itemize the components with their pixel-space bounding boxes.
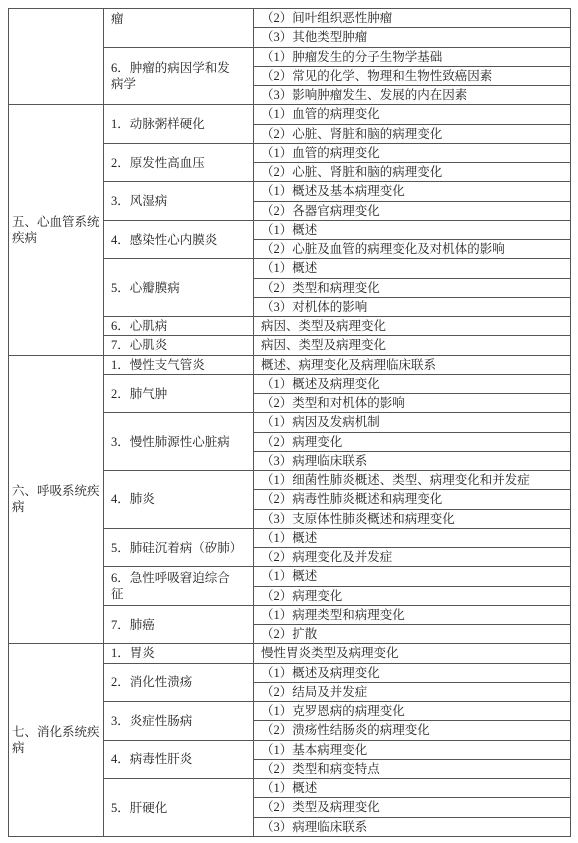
topic-cell: 3．风湿病: [104, 182, 254, 221]
item-cell: （1）细菌性肺炎概述、类型、病理变化和并发症: [254, 471, 571, 490]
syllabus-table: 瘤（2）间叶组织恶性肿瘤（3）其他类型肿瘤6．肿瘤的病因学和发病学（1）肿瘤发生…: [8, 8, 571, 837]
item-cell: 病因、类型及病理变化: [254, 317, 571, 336]
topic-cell: 4．肺炎: [104, 471, 254, 529]
topic-cell: 5．肺硅沉着病（矽肺）: [104, 528, 254, 567]
item-cell: （3）对机体的影响: [254, 297, 571, 316]
topic-cell: 7．肺癌: [104, 605, 254, 644]
table-row: 七、消化系统疾病1．胃炎慢性胃炎类型及病理变化: [9, 644, 571, 663]
topic-cell: 6．急性呼吸窘迫综合征: [104, 567, 254, 606]
item-cell: （2）类型和病变特点: [254, 759, 571, 778]
table-row: 瘤（2）间叶组织恶性肿瘤: [9, 9, 571, 28]
topic-cell: 1．动脉粥样硬化: [104, 105, 254, 144]
item-cell: （3）病理临床联系: [254, 817, 571, 837]
topic-cell: 6．心肌病: [104, 317, 254, 336]
item-cell: 概述、病理变化及病理临床联系: [254, 355, 571, 374]
item-cell: （1）概述: [254, 528, 571, 547]
item-cell: （1）概述: [254, 779, 571, 798]
section-label-cell: 七、消化系统疾病: [9, 644, 104, 837]
topic-cell: 7．心肌炎: [104, 336, 254, 355]
item-cell: （2）常见的化学、物理和生物性致癌因素: [254, 66, 571, 85]
item-cell: （3）支原体性肺炎概述和病理变化: [254, 509, 571, 528]
item-cell: （1）基本病理变化: [254, 740, 571, 759]
item-cell: （1）病因及发病机制: [254, 413, 571, 432]
item-cell: （2）心脏及血管的病理变化及对机体的影响: [254, 240, 571, 259]
item-cell: （3）病理临床联系: [254, 451, 571, 470]
item-cell: （2）各器官病理变化: [254, 201, 571, 220]
table-row: 六、呼吸系统疾病1．慢性支气管炎概述、病理变化及病理临床联系: [9, 355, 571, 374]
topic-cell: 3．慢性肺源性心脏病: [104, 413, 254, 471]
item-cell: 慢性胃炎类型及病理变化: [254, 644, 571, 663]
item-cell: （1）概述及病理变化: [254, 663, 571, 682]
syllabus-table-body: 瘤（2）间叶组织恶性肿瘤（3）其他类型肿瘤6．肿瘤的病因学和发病学（1）肿瘤发生…: [9, 9, 571, 837]
topic-cell: 4．感染性心内膜炎: [104, 220, 254, 259]
topic-cell: 2．肺气肿: [104, 374, 254, 413]
topic-cell: 5．心瓣膜病: [104, 259, 254, 317]
item-cell: （2）类型及病理变化: [254, 798, 571, 817]
item-cell: （1）血管的病理变化: [254, 105, 571, 124]
item-cell: （2）间叶组织恶性肿瘤: [254, 9, 571, 28]
item-cell: （1）血管的病理变化: [254, 143, 571, 162]
item-cell: （1）概述: [254, 259, 571, 278]
item-cell: （2）溃疡性结肠炎的病理变化: [254, 721, 571, 740]
item-cell: （3）其他类型肿瘤: [254, 28, 571, 47]
item-cell: （3）影响肿瘤发生、发展的内在因素: [254, 86, 571, 105]
document-page: 瘤（2）间叶组织恶性肿瘤（3）其他类型肿瘤6．肿瘤的病因学和发病学（1）肿瘤发生…: [0, 0, 578, 843]
table-row: 五、心血管系统疾病1．动脉粥样硬化（1）血管的病理变化: [9, 105, 571, 124]
item-cell: （1）概述及病理变化: [254, 374, 571, 393]
item-cell: （2）结局及并发症: [254, 682, 571, 701]
topic-cell: 2．原发性高血压: [104, 143, 254, 182]
topic-cell: 1．胃炎: [104, 644, 254, 663]
item-cell: （2）病理变化: [254, 586, 571, 605]
topic-cell: 4．病毒性肝炎: [104, 740, 254, 779]
item-cell: （2）类型和病理变化: [254, 278, 571, 297]
item-cell: （2）病毒性肺炎概述和病理变化: [254, 490, 571, 509]
item-cell: （1）肿瘤发生的分子生物学基础: [254, 47, 571, 66]
item-cell: （2）心脏、肾脏和脑的病理变化: [254, 124, 571, 143]
item-cell: （2）类型和对机体的影响: [254, 394, 571, 413]
topic-cell: 2．消化性溃疡: [104, 663, 254, 702]
topic-cell: 瘤: [104, 9, 254, 48]
item-cell: 病因、类型及病理变化: [254, 336, 571, 355]
topic-cell: 1．慢性支气管炎: [104, 355, 254, 374]
item-cell: （1）概述及基本病理变化: [254, 182, 571, 201]
item-cell: （1）概述: [254, 220, 571, 239]
item-cell: （1）病理类型和病理变化: [254, 605, 571, 624]
item-cell: （2）病理变化及并发症: [254, 548, 571, 567]
item-cell: （2）扩散: [254, 625, 571, 644]
item-cell: （1）克罗恩病的病理变化: [254, 702, 571, 721]
section-label-cell: [9, 9, 104, 105]
section-label-cell: 五、心血管系统疾病: [9, 105, 104, 355]
section-label-cell: 六、呼吸系统疾病: [9, 355, 104, 644]
topic-cell: 3．炎症性肠病: [104, 702, 254, 741]
topic-cell: 5．肝硬化: [104, 779, 254, 837]
item-cell: （1）概述: [254, 567, 571, 586]
topic-cell: 6．肿瘤的病因学和发病学: [104, 47, 254, 105]
item-cell: （2）病理变化: [254, 432, 571, 451]
item-cell: （2）心脏、肾脏和脑的病理变化: [254, 163, 571, 182]
